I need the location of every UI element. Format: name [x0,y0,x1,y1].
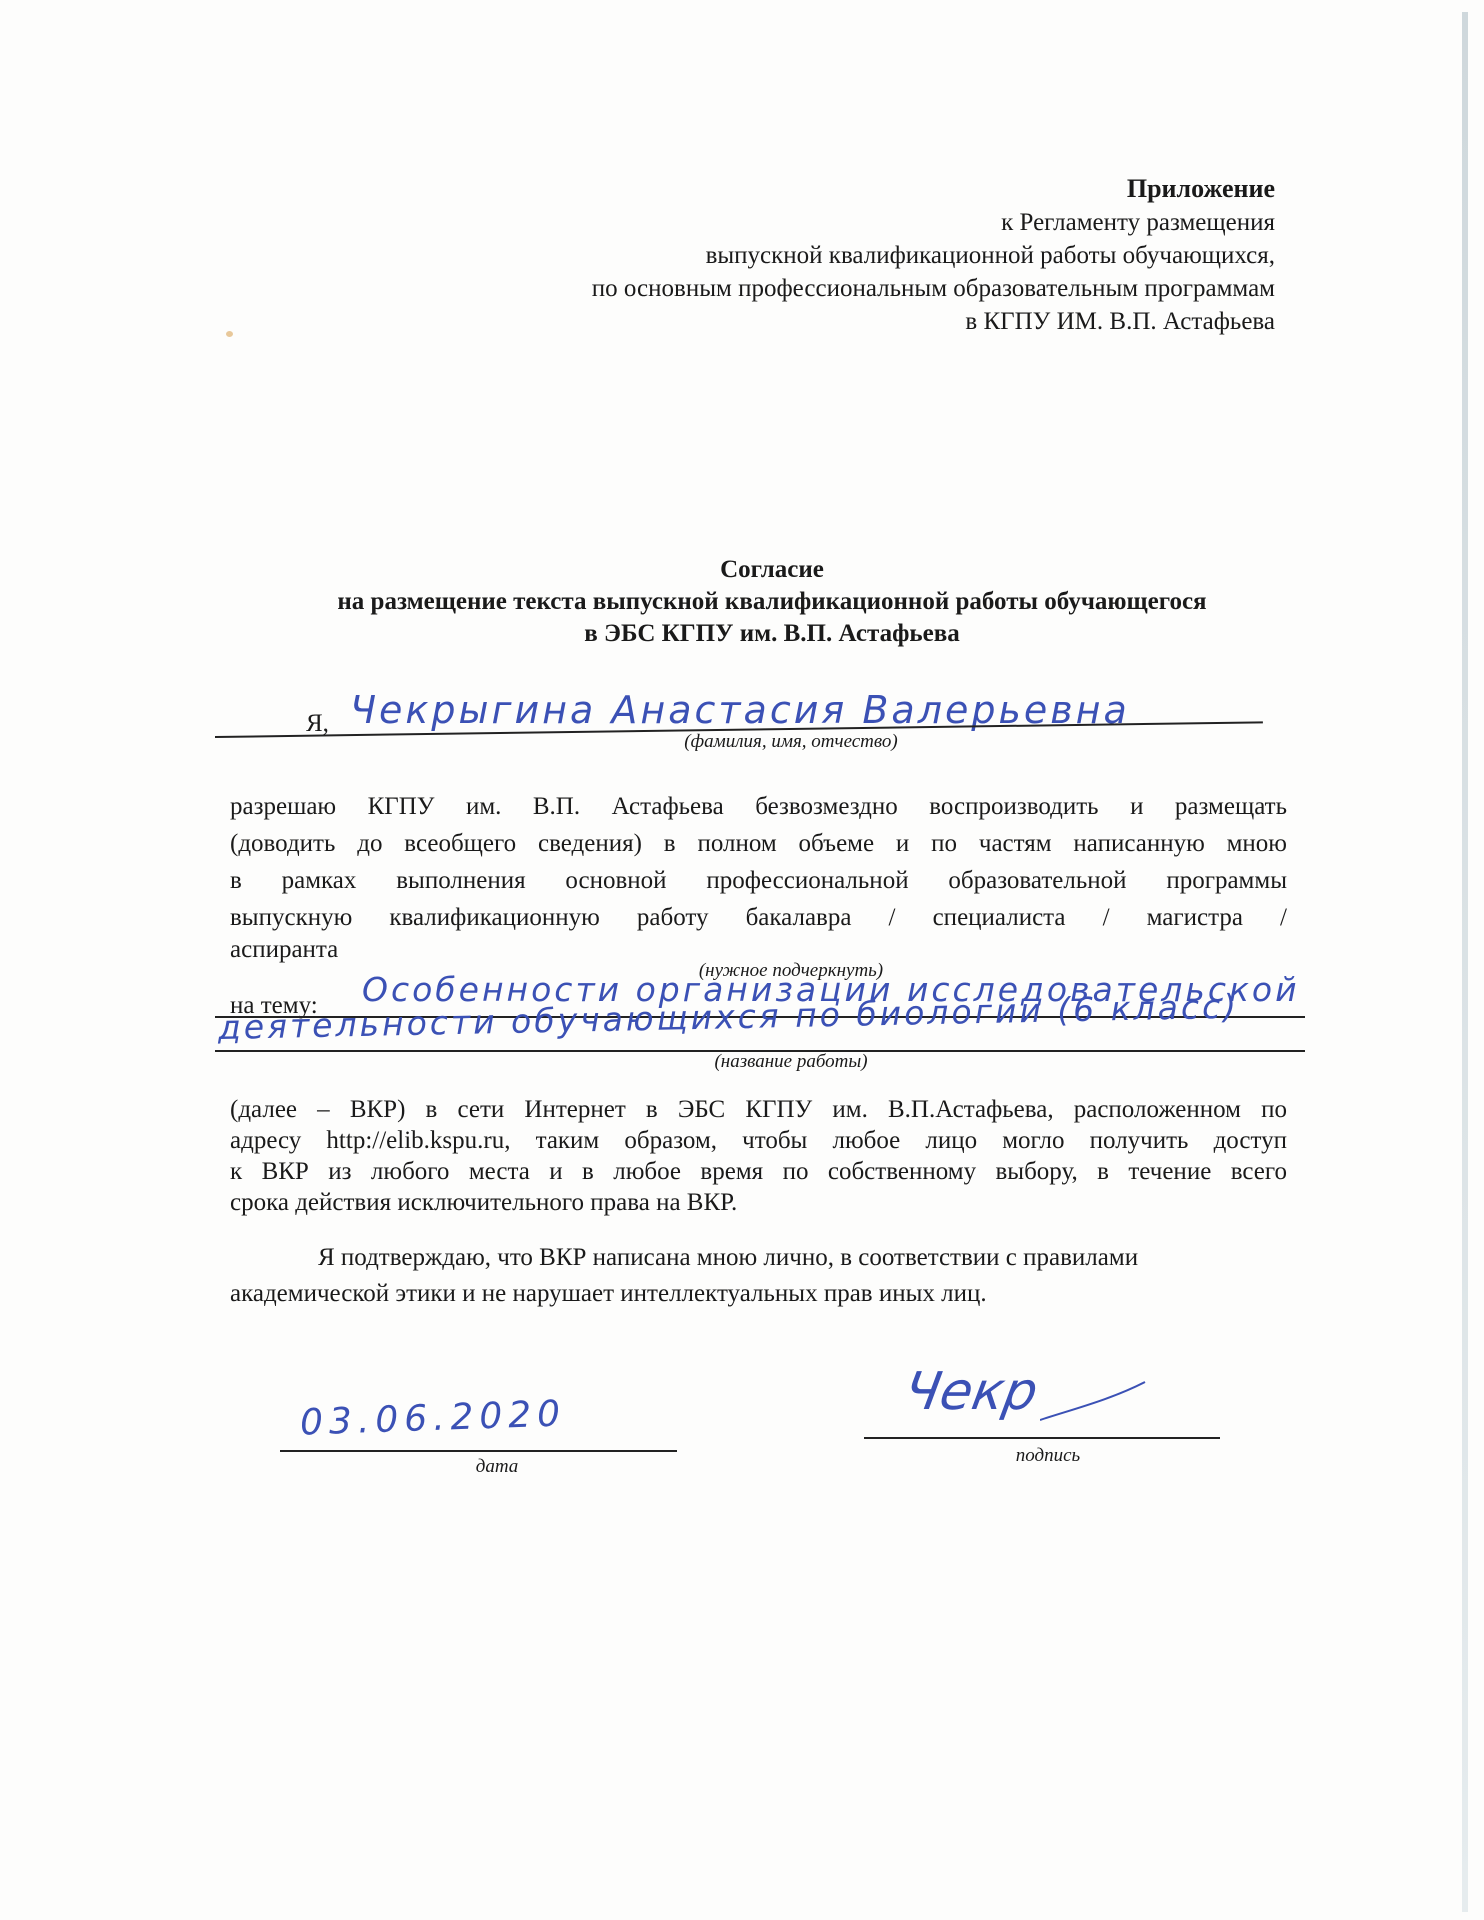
consent-line-4: выпускную квалификационную работу бакала… [230,899,1287,936]
publication-paragraph: (далее – ВКР) в сети Интернет в ЭБС КГПУ… [230,1094,1287,1187]
appendix-header: Приложение к Регламенту размещения выпус… [592,172,1275,338]
name-hint: (фамилия, имя, отчество) [641,731,941,753]
appendix-line-3: по основным профессиональным образовател… [592,272,1275,305]
title-line-1: Согласие [0,554,1484,586]
topic-hint: (название работы) [641,1051,941,1073]
title-line-3: в ЭБС КГПУ им. В.П. Астафьева [0,618,1484,650]
publication-line-3: к ВКР из любого места и в любое время по… [230,1156,1287,1187]
signature-stroke-icon [1040,1380,1150,1430]
appendix-line-4: в КГПУ ИМ. В.П. Астафьева [592,305,1275,338]
publication-line-2: адресу http://elib.kspu.ru, таким образо… [230,1125,1287,1156]
consent-line-3: в рамках выполнения основной профессиона… [230,862,1287,899]
appendix-line-2: выпускной квалификационной работы обучаю… [592,239,1275,272]
confirmation-line-2: академической этики и не нарушает интелл… [230,1280,987,1308]
paper-speck [226,331,233,337]
consent-paragraph: разрешаю КГПУ им. В.П. Астафьева безвозм… [230,788,1287,936]
title-line-2: на размещение текста выпускной квалифика… [0,586,1484,618]
signature-hint: подпись [998,1445,1098,1467]
consent-line-5: аспиранта [230,936,338,964]
publication-line-4: срока действия исключительного права на … [230,1189,737,1217]
appendix-line-1: к Регламенту размещения [592,206,1275,239]
publication-line-1: (далее – ВКР) в сети Интернет в ЭБС КГПУ… [230,1094,1287,1125]
appendix-title: Приложение [1127,174,1275,203]
signature-value[interactable]: Чекр [900,1362,1043,1422]
document-title: Согласие на размещение текста выпускной … [0,554,1484,650]
date-underline [280,1450,677,1452]
consent-line-2: (доводить до всеобщего сведения) в полно… [230,825,1287,862]
date-hint: дата [447,1456,547,1478]
scan-edge-strip [1462,12,1468,1912]
consent-line-1: разрешаю КГПУ им. В.П. Астафьева безвозм… [230,788,1287,825]
date-value[interactable]: 03.06.2020 [299,1393,566,1443]
confirmation-line-1: Я подтверждаю, что ВКР написана мною лич… [318,1244,1138,1272]
signature-underline [864,1437,1220,1439]
